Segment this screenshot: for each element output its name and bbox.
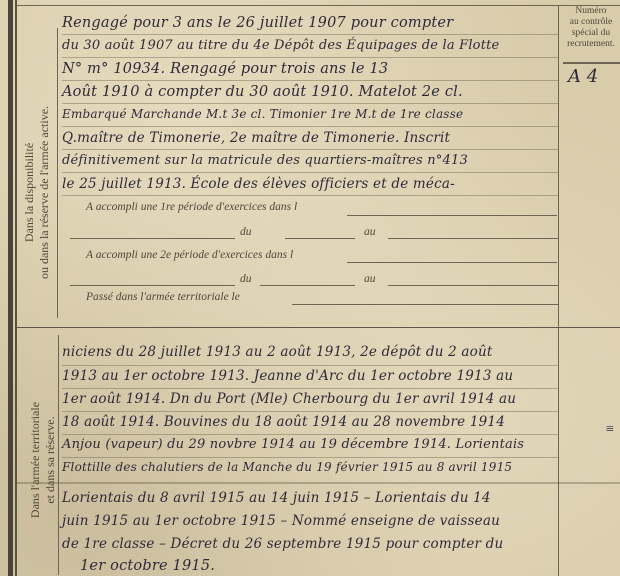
- handwritten-entry: 1er octobre 1915.: [80, 558, 215, 574]
- period1-to-blank[interactable]: [388, 238, 558, 239]
- period1-from-blank[interactable]: [285, 238, 355, 239]
- period2-to-blank[interactable]: [388, 285, 558, 286]
- period1-du-label: du: [240, 226, 252, 238]
- ruled-line: [62, 195, 558, 196]
- handwritten-entry: de 1re classe – Décret du 26 septembre 1…: [62, 536, 503, 552]
- handwritten-entry: 18 août 1914. Bouvines du 18 août 1914 a…: [62, 414, 505, 430]
- ruled-line: [62, 457, 558, 458]
- side-label-line: Dans l'armée territoriale: [28, 380, 43, 540]
- control-header-line: au contrôle: [563, 17, 619, 28]
- ruled-line: [62, 388, 558, 389]
- control-header-line: spécial du: [563, 28, 619, 39]
- period2-from-blank[interactable]: [260, 285, 355, 286]
- handwritten-entry: Lorientais du 8 avril 1915 au 14 juin 19…: [62, 490, 491, 506]
- handwritten-entry: Anjou (vapeur) du 29 novbre 1914 au 19 d…: [62, 437, 524, 452]
- period2-label: A accompli une 2e période d'exercices da…: [86, 249, 293, 261]
- period2-prefix-blank[interactable]: [70, 285, 235, 286]
- control-header-line: recrutement.: [563, 39, 619, 50]
- period2-au-label: au: [364, 273, 376, 285]
- ruled-line: [62, 172, 558, 173]
- control-column-divider: [558, 6, 559, 576]
- section-label-reserve-active: Dans la disponibilité ou dans la réserve…: [22, 80, 52, 305]
- control-number-header: Numéro au contrôle spécial du recrutemen…: [563, 6, 619, 50]
- ruled-line: [62, 34, 558, 35]
- handwritten-entry: Embarqué Marchande M.t 3e cl. Timonier 1…: [62, 107, 463, 121]
- side-label-line: et dans sa réserve.: [43, 380, 58, 540]
- ruled-line: [62, 57, 558, 58]
- territorial-transfer-label: Passé dans l'armée territoriale le: [86, 291, 240, 303]
- period2-place-blank[interactable]: [347, 262, 557, 263]
- handwritten-entry: juin 1915 au 1er octobre 1915 – Nommé en…: [62, 513, 500, 529]
- handwritten-entry: définitivement sur la matricule des quar…: [62, 153, 468, 168]
- period1-place-blank[interactable]: [347, 215, 557, 216]
- ruled-line: [62, 365, 558, 366]
- label-column-divider: [57, 28, 58, 318]
- handwritten-entry: le 25 juillet 1913. École des élèves off…: [62, 176, 455, 192]
- handwritten-entry: 1er août 1914. Dn du Port (Mle) Cherbour…: [62, 391, 516, 407]
- paper-fold: [17, 482, 620, 484]
- period1-au-label: au: [364, 226, 376, 238]
- section-divider: [17, 327, 620, 328]
- section-label-territorial: Dans l'armée territoriale et dans sa rés…: [28, 380, 58, 540]
- ruled-line: [62, 80, 558, 81]
- margin-mark: ≡: [606, 422, 614, 438]
- handwritten-entry: Août 1910 à compter du 30 août 1910. Mat…: [62, 84, 463, 100]
- handwritten-entry: niciens du 28 juillet 1913 au 2 août 191…: [62, 344, 493, 360]
- ruled-line: [62, 149, 558, 150]
- territorial-transfer-blank[interactable]: [292, 304, 558, 305]
- period2-du-label: du: [240, 273, 252, 285]
- ruled-line: [62, 434, 558, 435]
- side-label-line: Dans la disponibilité: [22, 80, 37, 305]
- side-label-line: ou dans la réserve de l'armée active.: [37, 80, 52, 305]
- top-border: [17, 5, 620, 6]
- binding-bar-inner: [15, 0, 17, 576]
- label-column-divider-lower: [58, 335, 59, 575]
- binding-bar-outer: [8, 0, 13, 576]
- handwritten-entry: du 30 août 1907 au titre du 4e Dépôt des…: [62, 38, 499, 53]
- ruled-line: [62, 411, 558, 412]
- handwritten-entry: Q.maître de Timonerie, 2e maître de Timo…: [62, 130, 450, 146]
- control-header-underline: [563, 62, 620, 64]
- period1-label: A accompli une 1re période d'exercices d…: [86, 201, 297, 213]
- control-number-value: A 4: [568, 66, 598, 87]
- handwritten-entry: Flottille des chalutiers de la Manche du…: [62, 460, 512, 474]
- ruled-line: [62, 103, 558, 104]
- handwritten-entry: 1913 au 1er octobre 1913. Jeanne d'Arc d…: [62, 368, 513, 384]
- period1-prefix-blank[interactable]: [70, 238, 235, 239]
- handwritten-entry: Rengagé pour 3 ans le 26 juillet 1907 po…: [62, 15, 453, 31]
- control-header-line: Numéro: [563, 6, 619, 17]
- ruled-line: [62, 126, 558, 127]
- handwritten-entry: N° m° 10934. Rengagé pour trois ans le 1…: [62, 61, 388, 77]
